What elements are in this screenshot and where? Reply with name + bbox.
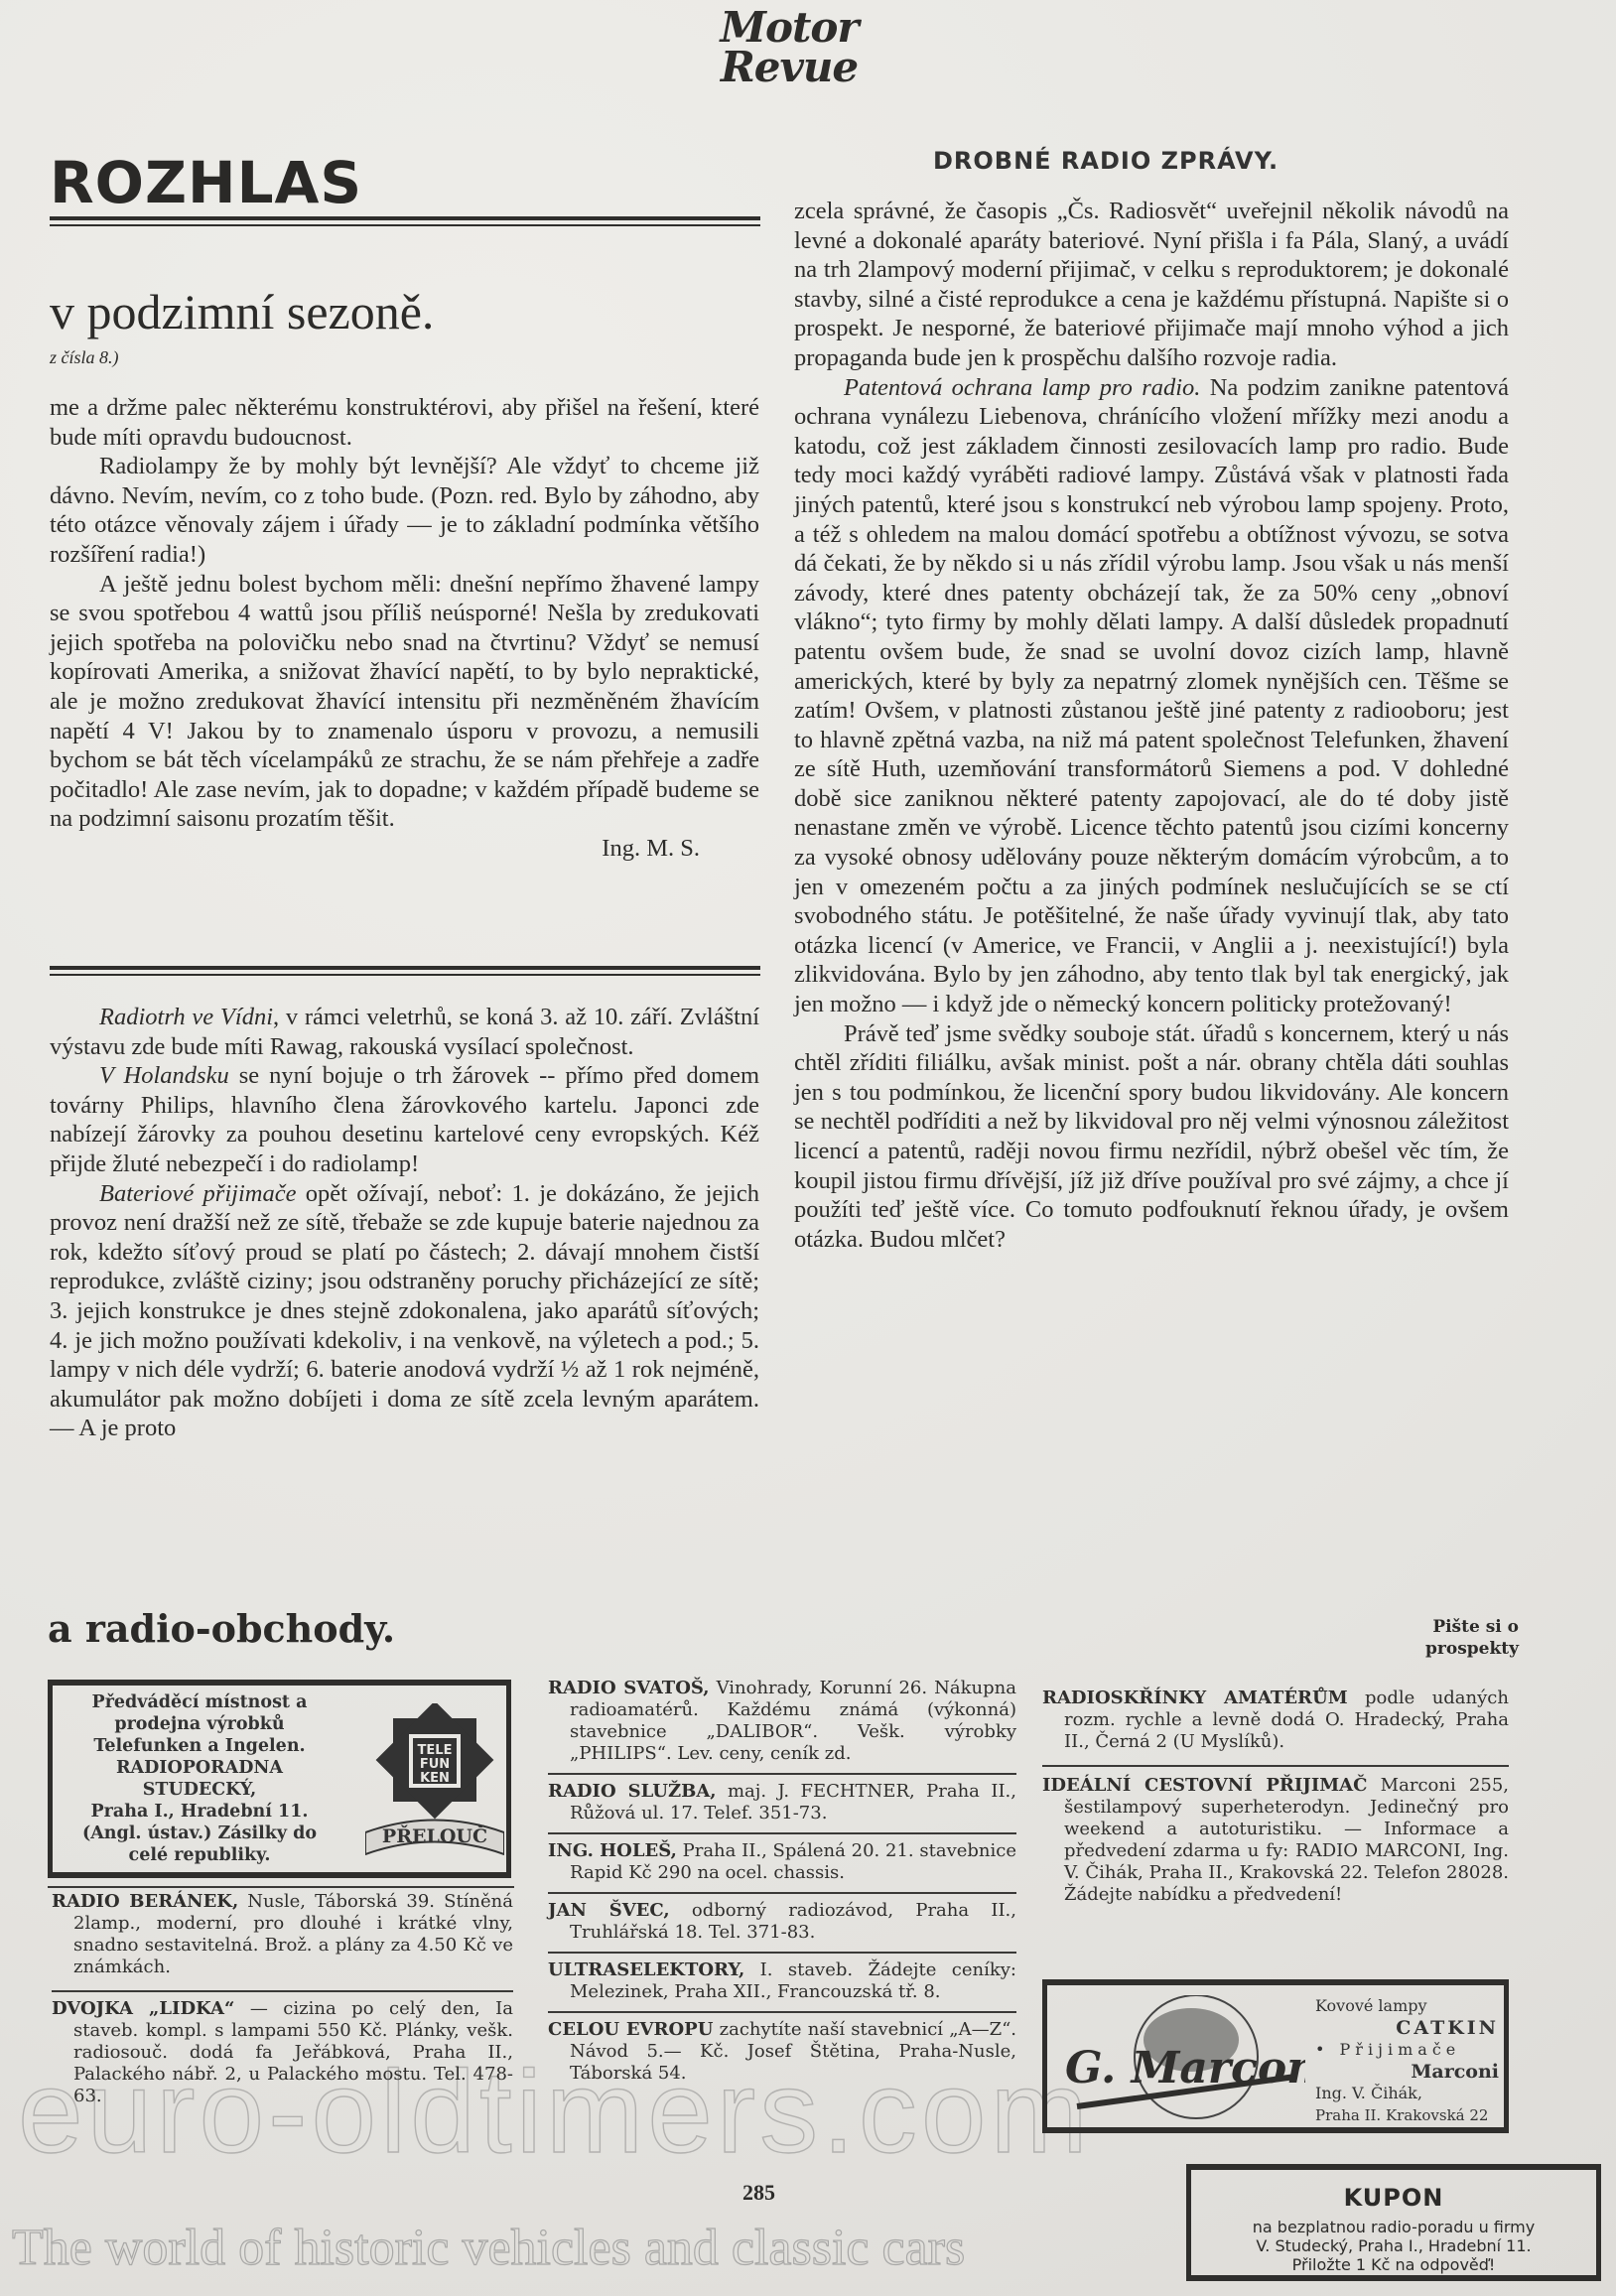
coupon-box[interactable]: KUPON na bezplatnou radio-poradu u firmy… — [1186, 2164, 1601, 2281]
news-item: V Holandsku se nyní bojuje o trh žárovek… — [50, 1061, 759, 1178]
continued-note: z čísla 8.) — [50, 347, 119, 368]
paragraph: Radiolampy že by mohly být levnější? Ale… — [50, 452, 759, 569]
news-lead: V Holandsku — [99, 1062, 229, 1089]
watermark-tagline: The world of historic vehicles and class… — [12, 2219, 965, 2277]
header-double-rule — [50, 216, 760, 220]
ad-divider — [548, 1773, 1016, 1775]
ad-svatos: RADIO SVATOŠ, Vinohrady, Korunní 26. Nák… — [548, 1678, 1016, 1765]
ad-divider — [52, 1990, 513, 1992]
ad-column-1: RADIO BERÁNEK, Nusle, Táborská 39. Stíně… — [52, 1891, 513, 2107]
ad-ultraselektory: ULTRASELEKTORY, I. staveb. Žádejte ceník… — [548, 1959, 1016, 2003]
ad-sluzba: RADIO SLUŽBA, maj. J. FECHTNER, Praha II… — [548, 1781, 1016, 1824]
ad-divider — [48, 1886, 514, 1888]
svg-text:TELE: TELE — [418, 1743, 453, 1758]
left-article-body: me a držme palec některému konstruktérov… — [50, 393, 759, 864]
ad-marconi: G. Marconi Kovové lampy CATKIN • Přijima… — [1042, 1979, 1509, 2133]
svg-text:FUN: FUN — [420, 1757, 450, 1772]
ad-divider — [548, 1952, 1016, 1954]
masthead-line-1: Motor — [695, 8, 883, 48]
news-lead: Radiotrh ve Vídni — [99, 1004, 273, 1030]
ad-divider — [548, 2011, 1016, 2013]
coupon-title: KUPON — [1191, 2184, 1596, 2212]
ad-divider — [1042, 1765, 1509, 1767]
news-item: Bateriové přijimače opět ožívají, neboť:… — [50, 1179, 759, 1443]
ads-heading: a radio-obchody. — [48, 1606, 395, 1651]
left-news: Radiotrh ve Vídni, v rámci veletrhů, se … — [50, 1003, 759, 1443]
article-end-rule — [50, 966, 760, 970]
paragraph: Patentová ochrana lamp pro radio. Na pod… — [794, 373, 1509, 1019]
section-title-drobne: DROBNÉ RADIO ZPRÁVY. — [933, 147, 1279, 175]
right-article-body: zcela správné, že časopis „Čs. Radiosvět… — [794, 197, 1509, 1254]
news-lead: Patentová ochrana lamp pro radio. — [844, 374, 1200, 401]
svg-text:G. Marconi: G. Marconi — [1065, 2043, 1305, 2093]
write-for-brochures: Pište si o prospekty — [1340, 1616, 1519, 1660]
coupon-text: na bezplatnou radio-poradu u firmy V. St… — [1191, 2218, 1596, 2274]
ad-svec: JAN ŠVEC, odborný radiozávod, Praha II.,… — [548, 1900, 1016, 1944]
page-number: 285 — [742, 2180, 775, 2206]
ad-divider — [548, 1892, 1016, 1894]
ad-beranek: RADIO BERÁNEK, Nusle, Táborská 39. Stíně… — [52, 1891, 513, 1978]
paragraph: Právě teď jsme svědky souboje stát. úřad… — [794, 1019, 1509, 1255]
news-lead: Bateriové přijimače — [99, 1180, 296, 1207]
section-title-rozhlas: ROZHLAS — [50, 149, 362, 216]
telefunken-logo-icon: TELE FUN KEN PŘELOUČ — [365, 1703, 504, 1872]
svg-text:PŘELOUČ: PŘELOUČ — [382, 1824, 487, 1847]
ad-celou-evropu: CELOU EVROPU zachytíte naší stavebnicí „… — [548, 2019, 1016, 2085]
ad-divider — [548, 1832, 1016, 1834]
ad-radioskrinky: RADIOSKŘÍNKY AMATÉRŮM podle udaných rozm… — [1042, 1688, 1509, 1753]
marconi-text: Kovové lampy CATKIN • Přijimače Marconi … — [1315, 1995, 1499, 2126]
ad-column-3: RADIOSKŘÍNKY AMATÉRŮM podle udaných rozm… — [1042, 1688, 1509, 1906]
svg-text:KEN: KEN — [420, 1771, 450, 1786]
masthead-line-2: Revue — [695, 48, 883, 87]
ad-idealni-prijimac: IDEÁLNÍ CESTOVNÍ PŘIJIMAČ Marconi 255, š… — [1042, 1775, 1509, 1906]
ad-studecky-text: Předváděcí místnost a prodejna výrobků T… — [61, 1691, 338, 1866]
ad-holes: ING. HOLEŠ, Praha II., Spálená 20. 21. s… — [548, 1840, 1016, 1884]
ad-column-2: RADIO SVATOŠ, Vinohrady, Korunní 26. Nák… — [548, 1678, 1016, 2085]
signature: Ing. M. S. — [50, 834, 759, 864]
masthead-logo: Motor Revue — [695, 8, 883, 87]
article-title: v podzimní sezoně. — [50, 283, 434, 340]
paragraph: me a držme palec některému konstruktérov… — [50, 393, 759, 452]
marconi-globe-logo-icon: G. Marconi — [1057, 1995, 1305, 2124]
paragraph: A ještě jednu bolest bychom měli: dnešní… — [50, 570, 759, 834]
news-item: Radiotrh ve Vídni, v rámci veletrhů, se … — [50, 1003, 759, 1061]
paragraph: zcela správné, že časopis „Čs. Radiosvět… — [794, 197, 1509, 373]
ad-lidka: DVOJKA „LIDKA“ — cizina po celý den, Ia … — [52, 1998, 513, 2107]
ad-studecky: Předváděcí místnost a prodejna výrobků T… — [48, 1680, 511, 1878]
